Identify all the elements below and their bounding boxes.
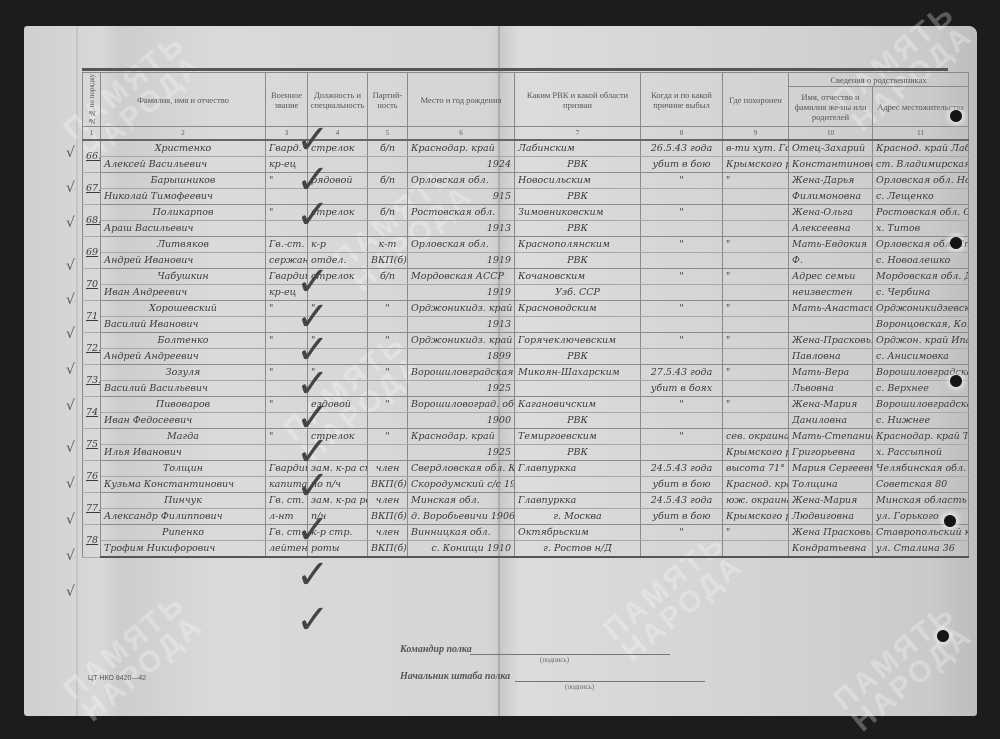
draft-office: Горячеключевским [515, 333, 641, 349]
relative-address: Ростовская обл. Семикаракорский р-н [873, 205, 969, 221]
table-row-continuation: Араш Васильевич 1913 РВК Алексеевна х. Т… [83, 221, 969, 237]
rank: кр-ец [266, 157, 308, 173]
given-names: Андрей Андреевич [101, 349, 266, 365]
relative-name: Филимоновна [789, 189, 873, 205]
party [368, 157, 408, 173]
draft-office: Красноводским [515, 301, 641, 317]
when-reason [641, 541, 723, 558]
table-row: 66. Христенко Гвард. стрелок б/п Краснод… [83, 140, 969, 157]
relative-address: с. Лещенко [873, 189, 969, 205]
table-row: 77. Пинчук Гв. ст. зам. к-ра роты по чле… [83, 493, 969, 509]
draft-office: РВК [515, 445, 641, 461]
birth-place: Винницкая обл. [408, 525, 515, 541]
col-number: 10 [789, 127, 873, 141]
position [308, 381, 368, 397]
relative-name: Жена-Дарья [789, 173, 873, 189]
burial-place: " [723, 333, 789, 349]
position: ездовой [308, 397, 368, 413]
row-number: 66. [83, 140, 101, 173]
table-row: 75 Магда " стрелок " Краснодар. край Тем… [83, 429, 969, 445]
table-body: 66. Христенко Гвард. стрелок б/п Краснод… [83, 140, 969, 557]
table-row-continuation: Андрей Андреевич 1899 РВК Павловна с. Ан… [83, 349, 969, 365]
draft-office: Узб. ССР [515, 285, 641, 301]
birth-year: 1913 [408, 221, 515, 237]
given-names: Алексей Васильевич [101, 157, 266, 173]
burial-place: " [723, 269, 789, 285]
when-reason: 26.5.43 года [641, 140, 723, 157]
position: по п/ч [308, 477, 368, 493]
relative-address: с. Анисимовка [873, 349, 969, 365]
position: роты [308, 541, 368, 558]
when-reason: убит в бою [641, 509, 723, 525]
draft-office: Микоян-Шахарским [515, 365, 641, 381]
draft-office: РВК [515, 253, 641, 269]
table-row-continuation: Василий Васильевич 1925 убит в боях Льво… [83, 381, 969, 397]
table-top-rule [82, 68, 948, 71]
casualty-register-table: №№ по порядку Фамилия, имя и отчество Во… [82, 72, 969, 558]
burial-place: " [723, 173, 789, 189]
surname: Литвяков [101, 237, 266, 253]
rank: Гв. ст. [266, 493, 308, 509]
birth-place: Мордовская АССР [408, 269, 515, 285]
row-number: 72. [83, 333, 101, 365]
party [368, 189, 408, 205]
birth-year: 915 [408, 189, 515, 205]
party: " [368, 333, 408, 349]
col-number: 6 [408, 127, 515, 141]
relative-address: ул. Сталина 36 [873, 541, 969, 558]
relative-name: Мария Сергеевна [789, 461, 873, 477]
when-reason: " [641, 205, 723, 221]
burial-place: " [723, 301, 789, 317]
surname: Пивоваров [101, 397, 266, 413]
table-row: 74 Пивоваров " ездовой " Ворошиловоград.… [83, 397, 969, 413]
position: п/ч [308, 509, 368, 525]
birth-place: Орджоникидз. край [408, 301, 515, 317]
relative-name: Константинович [789, 157, 873, 173]
party [368, 285, 408, 301]
col-header-party: Партий-ность [368, 73, 408, 127]
draft-office: Кагановичским [515, 397, 641, 413]
party: " [368, 397, 408, 413]
rank: капитан [266, 477, 308, 493]
party [368, 221, 408, 237]
table-row: 68. Поликарпов " стрелок б/п Ростовская … [83, 205, 969, 221]
chief-of-staff-signature-hint: (подпись) [565, 683, 594, 691]
relative-name: Павловна [789, 349, 873, 365]
surname: Пинчук [101, 493, 266, 509]
position: отдел. [308, 253, 368, 269]
table-row-continuation: Иван Федосеевич 1900 РВК Даниловна с. Ни… [83, 413, 969, 429]
position: зам. к-ра роты по [308, 493, 368, 509]
table-row-continuation: Алексей Васильевич кр-ец 1924 РВК убит в… [83, 157, 969, 173]
relative-name: неизвестен [789, 285, 873, 301]
when-reason: " [641, 301, 723, 317]
draft-office: Краснополянским [515, 237, 641, 253]
birth-year: с. Конищи 1910 [408, 541, 515, 558]
punch-hole [937, 630, 949, 642]
when-reason: " [641, 429, 723, 445]
rank: Гв.-ст. [266, 237, 308, 253]
position: " [308, 333, 368, 349]
given-names: Иван Андреевич [101, 285, 266, 301]
surname: Болтенко [101, 333, 266, 349]
table-row-continuation: Андрей Иванович сержант отдел. ВКП(б) 19… [83, 253, 969, 269]
relative-name: Даниловна [789, 413, 873, 429]
when-reason [641, 189, 723, 205]
table-row-continuation: Василий Иванович 1913 Воронцовская, Кома… [83, 317, 969, 333]
relative-address: Орджон. край Ипатовский р-н [873, 333, 969, 349]
rank: " [266, 301, 308, 317]
draft-office [515, 317, 641, 333]
relative-name: Жена-Мария [789, 397, 873, 413]
when-reason: " [641, 173, 723, 189]
relative-name: Григорьевна [789, 445, 873, 461]
rank: кр-ец [266, 285, 308, 301]
when-reason: убит в боях [641, 381, 723, 397]
when-reason [641, 445, 723, 461]
relative-name: Жена-Мария [789, 493, 873, 509]
col-header-draft: Каким РВК и какой области призван [515, 73, 641, 127]
party: " [368, 429, 408, 445]
birth-year: 1899 [408, 349, 515, 365]
col-number: 5 [368, 127, 408, 141]
rank [266, 413, 308, 429]
draft-office [515, 381, 641, 397]
col-header-name: Фамилия, имя и отчество [101, 73, 266, 127]
surname: Поликарпов [101, 205, 266, 221]
birth-place: Краснодар. край [408, 429, 515, 445]
relative-name: Жена-Прасковья [789, 333, 873, 349]
relative-address: ст. Владимирская [873, 157, 969, 173]
surname: Магда [101, 429, 266, 445]
burial-place [723, 285, 789, 301]
given-names: Иван Федосеевич [101, 413, 266, 429]
burial-place [723, 189, 789, 205]
rank: " [266, 397, 308, 413]
punch-hole [944, 515, 956, 527]
col-header-position: Должность и специальность [308, 73, 368, 127]
burial-place: Крымского р-на Краснод. края [723, 445, 789, 461]
draft-office: РВК [515, 349, 641, 365]
burial-place: Краснод. края [723, 477, 789, 493]
party: ВКП(б) [368, 477, 408, 493]
table-row-continuation: Николай Тимофеевич 915 РВК Филимоновна с… [83, 189, 969, 205]
row-number: 70 [83, 269, 101, 301]
surname: Толщин [101, 461, 266, 477]
relative-name: Мать-Степанида [789, 429, 873, 445]
relative-address: Краснод. край Лабинский р-н [873, 140, 969, 157]
rank [266, 221, 308, 237]
position: рядовой [308, 173, 368, 189]
when-reason: " [641, 333, 723, 349]
burial-place [723, 253, 789, 269]
relative-name [789, 317, 873, 333]
burial-place: " [723, 237, 789, 253]
given-names: Василий Иванович [101, 317, 266, 333]
surname: Рипенко [101, 525, 266, 541]
party: б/п [368, 205, 408, 221]
party: член [368, 525, 408, 541]
table-row: 67. Барышников " рядовой б/п Орловская о… [83, 173, 969, 189]
rank: " [266, 205, 308, 221]
table-row: 70 Чабушкин Гвардии стрелок б/п Мордовск… [83, 269, 969, 285]
draft-office: РВК [515, 413, 641, 429]
rank: Гв. ст. [266, 525, 308, 541]
position [308, 317, 368, 333]
rank [266, 349, 308, 365]
chief-of-staff-signature-line [515, 681, 705, 682]
party: ВКП(б) [368, 253, 408, 269]
when-reason [641, 253, 723, 269]
draft-office: Новосильским [515, 173, 641, 189]
table-row: 72. Болтенко " " " Орджоникидз. край Гор… [83, 333, 969, 349]
burial-place [723, 413, 789, 429]
birth-place: Орловская обл. [408, 237, 515, 253]
surname: Барышников [101, 173, 266, 189]
draft-office: г. Москва [515, 509, 641, 525]
when-reason: убит в бою [641, 477, 723, 493]
position [308, 189, 368, 205]
birth-place: Минская обл. [408, 493, 515, 509]
birth-place: Орджоникидз. край [408, 333, 515, 349]
col-header-number: №№ по порядку [83, 73, 101, 127]
burial-place [723, 221, 789, 237]
given-names: Араш Васильевич [101, 221, 266, 237]
row-number: 69 [83, 237, 101, 269]
row-number: 71 [83, 301, 101, 333]
party: " [368, 365, 408, 381]
col-header-relative-name: Имя, отчество и фамилия же-ны или родите… [789, 87, 873, 127]
col-number: 2 [101, 127, 266, 141]
chief-of-staff-label: Начальник штаба полка [400, 671, 510, 682]
draft-office: Темиргоевским [515, 429, 641, 445]
surname: Чабушкин [101, 269, 266, 285]
rank: сержант [266, 253, 308, 269]
position: к-р [308, 237, 368, 253]
party: ВКП(б) [368, 541, 408, 558]
rank: л-нт [266, 509, 308, 525]
birth-place: Орловская обл. [408, 173, 515, 189]
position: стрелок [308, 140, 368, 157]
rank [266, 445, 308, 461]
rank: Гвардии [266, 461, 308, 477]
relative-address: Мордовская обл. Дубенский р-н [873, 269, 969, 285]
relative-name: Отец-Захарий [789, 140, 873, 157]
draft-office [515, 477, 641, 493]
relative-address: х. Титов [873, 221, 969, 237]
burial-place [723, 349, 789, 365]
burial-place: " [723, 397, 789, 413]
relative-name: Адрес семьи [789, 269, 873, 285]
burial-place: Крымского р-на Краснод. края [723, 157, 789, 173]
burial-place: высота 71° Крымского р-на [723, 461, 789, 477]
position: " [308, 365, 368, 381]
burial-place: " [723, 365, 789, 381]
relative-address: Ворошиловградская обл. Кагановичский р-н [873, 397, 969, 413]
punch-hole [950, 110, 962, 122]
draft-office: г. Ростов н/Д [515, 541, 641, 558]
burial-place: " [723, 525, 789, 541]
position [308, 349, 368, 365]
relative-name: Жена Прасковья [789, 525, 873, 541]
punch-hole [950, 375, 962, 387]
position: к-р стр. [308, 525, 368, 541]
rank [266, 381, 308, 397]
party: ВКП(б) [368, 509, 408, 525]
relative-address: Орловская обл. Новосильский р-н [873, 173, 969, 189]
form-code: ЦТ НКО 8420—42 [88, 675, 146, 682]
party: к-т [368, 237, 408, 253]
surname: Христенко [101, 140, 266, 157]
party: член [368, 461, 408, 477]
party: б/п [368, 269, 408, 285]
birth-year: 1924 [408, 157, 515, 173]
birth-place: Ростовская обл. [408, 205, 515, 221]
col-header-birth: Место и год рождения [408, 73, 515, 127]
position: зам. к-ра стр. б-на [308, 461, 368, 477]
col-header-rank: Военное звание [266, 73, 308, 127]
draft-office: РВК [515, 221, 641, 237]
birth-year: д. Воробьевичи 1906 [408, 509, 515, 525]
draft-office: РВК [515, 157, 641, 173]
given-names: Трофим Никифорович [101, 541, 266, 558]
col-number: 4 [308, 127, 368, 141]
birth-place: Ворошиловградская обл. [408, 365, 515, 381]
party [368, 445, 408, 461]
row-number: 77. [83, 493, 101, 525]
birth-year: 1900 [408, 413, 515, 429]
position: стрелок [308, 205, 368, 221]
when-reason [641, 349, 723, 365]
relative-address: х. Рассыпной [873, 445, 969, 461]
given-names: Илья Иванович [101, 445, 266, 461]
relative-address: Советская 80 [873, 477, 969, 493]
draft-office: Главпуркка [515, 493, 641, 509]
relative-name: Толщина [789, 477, 873, 493]
col-header-relatives-group: Сведения о родственниках [789, 73, 969, 87]
draft-office: Октябрьским [515, 525, 641, 541]
burial-place [723, 317, 789, 333]
relative-address: Орджоникидзевский край Курский р-н [873, 301, 969, 317]
birth-year: 1919 [408, 285, 515, 301]
row-number: 75 [83, 429, 101, 461]
relative-address: Воронцовская, Комарова №39 [873, 317, 969, 333]
col-number: 9 [723, 127, 789, 141]
table-row-continuation: Александр Филиппович л-нт п/ч ВКП(б) д. … [83, 509, 969, 525]
rank: лейтенант [266, 541, 308, 558]
col-header-buried: Где похоронен [723, 73, 789, 127]
relative-name: Львовна [789, 381, 873, 397]
col-number: 3 [266, 127, 308, 141]
birth-year: 1925 [408, 445, 515, 461]
surname: Зозуля [101, 365, 266, 381]
given-names: Александр Филиппович [101, 509, 266, 525]
rank [266, 189, 308, 205]
birth-place: Свердловская обл. Камышловский р-н [408, 461, 515, 477]
burial-place: Крымского р-на Краснод. края [723, 509, 789, 525]
col-header-when: Когда и по какой причине выбыл [641, 73, 723, 127]
burial-place: юж. окраина х. Благодарный [723, 493, 789, 509]
given-names: Андрей Иванович [101, 253, 266, 269]
position: " [308, 301, 368, 317]
party: б/п [368, 140, 408, 157]
party: б/п [368, 173, 408, 189]
rank: " [266, 365, 308, 381]
commander-label: Командир полка [400, 644, 472, 655]
birth-place: Краснодар. край [408, 140, 515, 157]
relative-name: Алексеевна [789, 221, 873, 237]
relative-address: с. Нижнее [873, 413, 969, 429]
when-reason [641, 221, 723, 237]
rank: " [266, 173, 308, 189]
when-reason: убит в бою [641, 157, 723, 173]
col-number: 1 [83, 127, 101, 141]
when-reason [641, 285, 723, 301]
party [368, 381, 408, 397]
relative-address: с. Чербина [873, 285, 969, 301]
burial-place [723, 381, 789, 397]
punch-hole [950, 237, 962, 249]
burial-place [723, 205, 789, 221]
party [368, 349, 408, 365]
table-row: 69 Литвяков Гв.-ст. к-р к-т Орловская об… [83, 237, 969, 253]
position: стрелок [308, 429, 368, 445]
when-reason: " [641, 397, 723, 413]
position [308, 413, 368, 429]
party [368, 413, 408, 429]
birth-year: Скородумский с/с 1913 [408, 477, 515, 493]
relative-address: Ставропольский край г. Георгиевск [873, 525, 969, 541]
when-reason: " [641, 269, 723, 285]
given-names: Николай Тимофеевич [101, 189, 266, 205]
table-row-continuation: Кузьма Константинович капитан по п/ч ВКП… [83, 477, 969, 493]
relative-address: с. Новоалешко [873, 253, 969, 269]
row-number: 73. [83, 365, 101, 397]
col-number: 11 [873, 127, 969, 141]
given-names: Кузьма Константинович [101, 477, 266, 493]
party: " [368, 301, 408, 317]
relative-name: Людвиговна [789, 509, 873, 525]
burial-place: в-ти хут. Горищный [723, 140, 789, 157]
draft-office: РВК [515, 189, 641, 205]
col-number: 7 [515, 127, 641, 141]
table-row: 78 Рипенко Гв. ст. к-р стр. член Винницк… [83, 525, 969, 541]
position [308, 285, 368, 301]
relative-name: Мать-Анастасия Ивановна [789, 301, 873, 317]
when-reason: 24.5.43 года [641, 493, 723, 509]
table-row: 71 Хорошевский " " " Орджоникидз. край К… [83, 301, 969, 317]
relative-name: Ф. [789, 253, 873, 269]
relative-name: Жена-Ольга [789, 205, 873, 221]
position [308, 221, 368, 237]
rank: Гвардии [266, 269, 308, 285]
draft-office: Главпуркка [515, 461, 641, 477]
when-reason: " [641, 525, 723, 541]
row-number: 76 [83, 461, 101, 493]
when-reason: 24.5.43 года [641, 461, 723, 477]
when-reason [641, 317, 723, 333]
when-reason: " [641, 237, 723, 253]
commander-signature-line [470, 654, 670, 655]
table-row: 73. Зозуля " " " Ворошиловградская обл. … [83, 365, 969, 381]
birth-year: 1913 [408, 317, 515, 333]
birth-place: Ворошиловоград. обл. с. Свистуновка [408, 397, 515, 413]
table-row-continuation: Илья Иванович 1925 РВК Крымского р-на Кр… [83, 445, 969, 461]
birth-year: 1919 [408, 253, 515, 269]
position [308, 445, 368, 461]
relative-address: Минская область Руховичский р-н [873, 493, 969, 509]
